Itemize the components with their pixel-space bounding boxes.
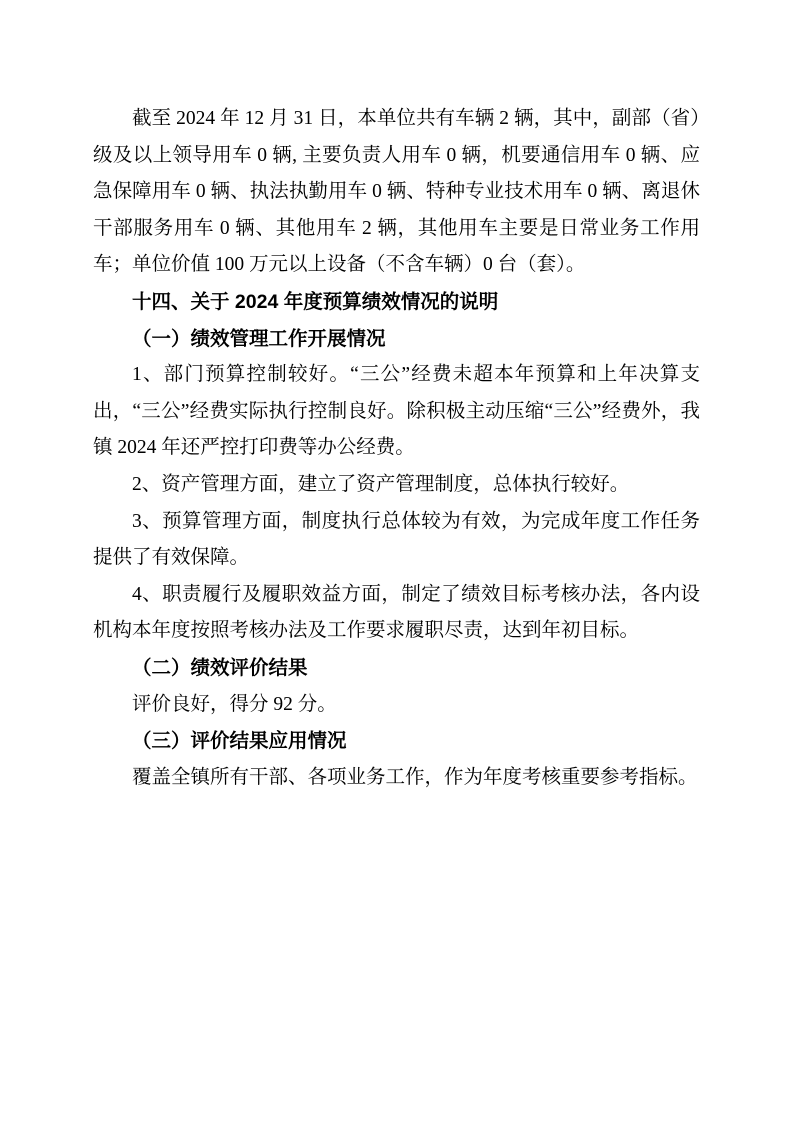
paragraph-item-4-duty-performance: 4、职责履行及履职效益方面，制定了绩效目标考核办法，各内设机构本年度按照考核办法… bbox=[93, 577, 700, 650]
paragraph-result-application: 覆盖全镇所有干部、各项业务工作，作为年度考核重要参考指标。 bbox=[93, 760, 700, 797]
heading-sub-3-result-application: （三）评价结果应用情况 bbox=[93, 723, 700, 760]
heading-sub-1-performance-management: （一）绩效管理工作开展情况 bbox=[93, 321, 700, 358]
heading-section-14-budget-performance: 十四、关于 2024 年度预算绩效情况的说明 bbox=[93, 284, 700, 321]
paragraph-vehicle-summary: 截至 2024 年 12 月 31 日，本单位共有车辆 2 辆，其中，副部（省）… bbox=[93, 101, 700, 284]
paragraph-evaluation-score: 评价良好，得分 92 分。 bbox=[93, 687, 700, 724]
paragraph-item-1-budget-control: 1、部门预算控制较好。“三公”经费未超本年预算和上年决算支出，“三公”经费实际执… bbox=[93, 357, 700, 467]
paragraph-item-2-asset-management: 2、资产管理方面，建立了资产管理制度，总体执行较好。 bbox=[93, 467, 700, 504]
document-content: 截至 2024 年 12 月 31 日，本单位共有车辆 2 辆，其中，副部（省）… bbox=[93, 101, 700, 796]
paragraph-item-3-budget-management: 3、预算管理方面，制度执行总体较为有效，为完成年度工作任务提供了有效保障。 bbox=[93, 504, 700, 577]
document-page: 截至 2024 年 12 月 31 日，本单位共有车辆 2 辆，其中，副部（省）… bbox=[0, 0, 793, 1122]
heading-sub-2-evaluation-result: （二）绩效评价结果 bbox=[93, 650, 700, 687]
